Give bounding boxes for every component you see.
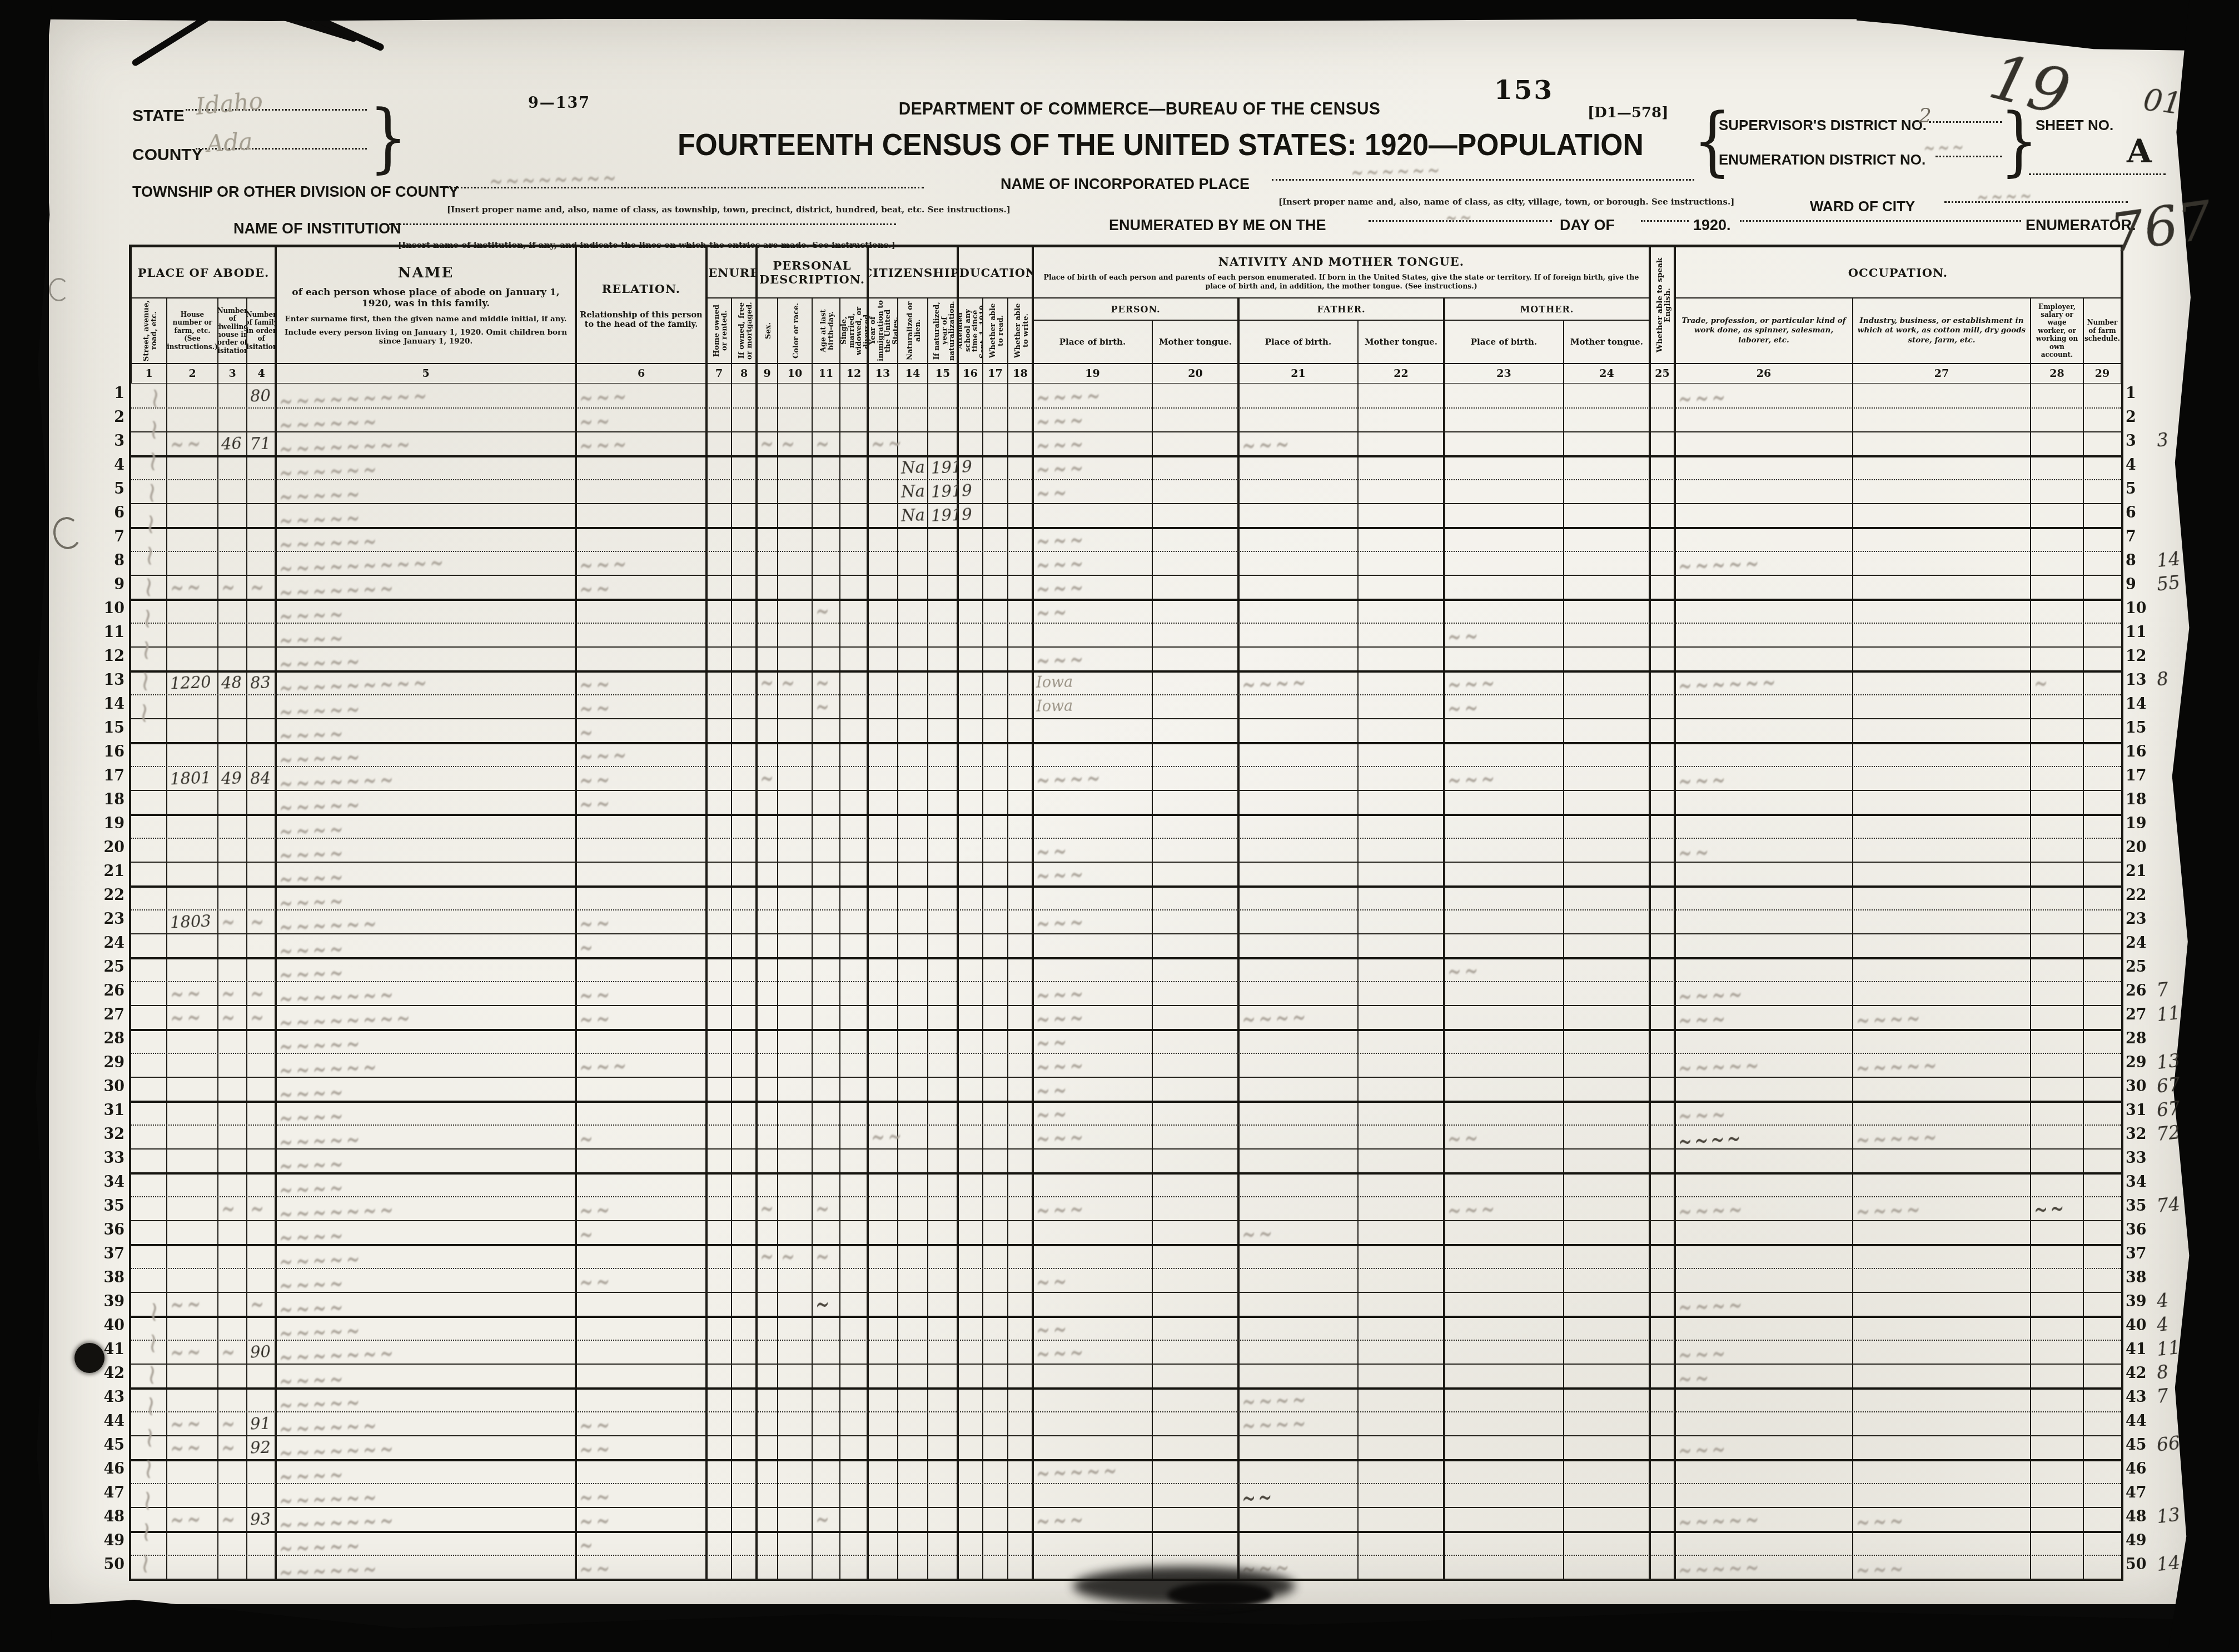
punch-hole [74,1343,105,1373]
row-number: 7 [93,525,125,549]
scan-edge-bottom [0,1600,2239,1652]
row-number: 46 [93,1457,125,1481]
supervisors-district-label: Supervisor's District No. [1719,117,1927,134]
row-number: 27 [93,1003,125,1027]
handwritten-entry: 91 [250,1414,275,1434]
row-number: 43 [93,1385,125,1409]
handwritten-entry: ~ [221,1191,246,1227]
column-number: 4 [247,364,276,384]
handwritten-entry: ~~ [579,998,706,1038]
handwritten-entry: 83 [250,673,275,693]
row-number: 3 [2126,429,2159,453]
row-number: 38 [2126,1266,2159,1290]
handwritten-entry: ~~ [1242,1213,1357,1252]
handwritten-entry: ~~~~~ [1678,543,1852,584]
column-desc: Whether able to speak English. [1650,247,1675,364]
handwritten-entry: ~~~~ [1242,1404,1357,1444]
row-number: 16 [93,740,125,764]
row-number: 15 [2126,716,2159,740]
row-number: 14 [2126,692,2159,716]
handwritten-entry: ~~ [1036,472,1152,511]
handwritten-entry: ~~~ [1036,1332,1152,1372]
row-number: 40 [2126,1313,2159,1337]
supervisors-district-value: 2 [1919,105,1932,127]
column-number: 10 [778,364,812,384]
row-number: 1 [2126,381,2159,405]
handwritten-entry: ~~ [170,1429,217,1466]
ward-label: Ward of city [1810,198,1915,215]
row-number: 27 [2126,1003,2159,1027]
column-number: 17 [983,364,1008,384]
row-number: 35 [2126,1194,2159,1218]
margin-tally-mark: 7 [2156,1385,2170,1407]
handwritten-entry: ~ [815,1287,839,1322]
handwritten-entry: ~ [781,426,812,462]
row-number: 48 [93,1505,125,1529]
column-desc: Mother tongue. [1564,320,1650,364]
paper-mark-c [49,278,69,301]
row-number: 10 [93,596,125,620]
row-number: 30 [93,1074,125,1098]
row-number: 17 [2126,764,2159,788]
margin-tally-mark: 11 [2156,1336,2181,1360]
row-number: 15 [93,716,125,740]
column-desc: House number or farm, etc. (See instruct… [167,298,218,364]
row-number: 43 [2126,1385,2159,1409]
handwritten-entry: 48 [221,673,246,693]
row-number: 44 [93,1409,125,1433]
row-number: 32 [2126,1122,2159,1146]
margin-tally-mark: 11 [2156,1002,2181,1026]
column-number: 7 [706,364,732,384]
row-number: 14 [93,692,125,716]
row-number: 9 [2126,573,2159,596]
row-number: 6 [2126,501,2159,525]
margin-tally-mark: 13 [2156,1049,2181,1073]
handwritten-entry: ~ [815,593,839,629]
enumerated-line-2 [1641,220,1689,222]
column-desc: Year of immigration to the United States… [868,298,898,364]
handwritten-entry: ~~ [579,1547,706,1588]
column-desc: If owned, free or mortgaged. [732,298,757,364]
year-label: 1920. [1693,217,1731,234]
institution-line [389,223,896,225]
row-number: 26 [93,979,125,1003]
handwritten-entry: ~~ [170,1286,217,1322]
handwritten-entry: 1919 [931,457,957,477]
handwritten-entry: ~~~~ [1678,1188,1852,1230]
row-number: 30 [2126,1074,2159,1098]
group-header: OCCUPATION. [1675,247,2121,298]
row-number: 7 [2126,525,2159,549]
relation-column-header: RELATION.Relationship of this person to … [576,247,706,364]
column-number: 25 [1650,364,1675,384]
handwritten-entry: ~ [221,1430,246,1466]
handwritten-entry: ~~~ [1856,1546,2030,1588]
margin-tally-mark: 7 [2156,978,2170,1001]
handwritten-entry: ~~~~~ [1036,1452,1152,1491]
column-desc: Age at last birth-day. [812,298,840,364]
handwritten-entry: ~ [250,904,275,940]
column-number: 29 [2083,364,2121,384]
handwritten-entry: ~ [250,569,275,605]
column-desc: Color or race. [778,298,812,364]
handwritten-entry: ~ [579,1117,706,1157]
row-number: 24 [2126,931,2159,955]
township-label: Township or other division of county [132,183,459,201]
handwritten-entry: ~~ [1036,591,1152,631]
row-number: 50 [2126,1553,2159,1576]
nativity-group-header: NATIVITY AND MOTHER TONGUE.Place of birt… [1033,247,1650,298]
row-number: 35 [93,1194,125,1218]
grid-line [1443,298,1445,1579]
handwritten-entry: ~ [815,1501,839,1537]
row-number: 47 [2126,1481,2159,1505]
handwritten-entry: ~~~ [1678,758,1852,799]
row-number: 48 [2126,1505,2159,1529]
grid-line [1674,247,1676,1579]
row-number: 8 [2126,549,2159,573]
street-name-scrawl: ~~~~~~~~~~~ [130,379,166,725]
row-number: 45 [2126,1433,2159,1457]
row-number: 32 [93,1122,125,1146]
handwritten-entry: ~ [250,1286,275,1322]
row-number: 22 [93,883,125,907]
column-number: 13 [868,364,898,384]
grid-line [705,247,708,1579]
handwritten-entry: ~~~ [1242,424,1357,464]
column-number: 14 [898,364,928,384]
state-value-handwriting: Idaho [195,87,264,120]
row-number: 20 [93,835,125,859]
row-number: 29 [2126,1051,2159,1074]
row-number: 33 [93,1146,125,1170]
row-number: 9 [93,573,125,596]
row-number: 28 [2126,1027,2159,1051]
handwritten-entry: ~ [815,1191,839,1227]
column-number: 9 [757,364,778,384]
handwritten-entry: ~ [250,999,275,1036]
handwritten-entry: ~ [760,665,777,700]
row-number: 40 [93,1313,125,1337]
handwritten-entry: 90 [250,1342,275,1362]
column-desc: Street, avenue, road, etc. [131,298,167,364]
column-desc: Attended school any time since Sept. 1, … [958,298,983,364]
row-number: 47 [93,1481,125,1505]
column-desc: Home owned or rented. [706,298,732,364]
handwritten-entry: ~ [221,1334,246,1370]
corner-note-01: 01 [2141,82,2184,122]
column-desc: Industry, business, or establishment in … [1853,298,2031,364]
row-number: 49 [93,1529,125,1553]
column-number: 22 [1358,364,1444,384]
census-grid: PLACE OF ABODE.NAMEof each person whose … [129,245,2123,1581]
handwritten-entry: ~~ [170,1333,217,1370]
row-number: 22 [2126,883,2159,907]
row-number: 25 [2126,955,2159,979]
row-number: 5 [2126,477,2159,501]
street-name-scrawl: ~~~~~~~~~ [131,1292,165,1576]
margin-tally-mark: 14 [2156,1551,2181,1575]
handwritten-entry: ~ [221,569,246,605]
handwritten-entry: 80 [250,386,275,406]
row-number: 39 [2126,1290,2159,1313]
handwritten-entry: 1220 [170,673,217,693]
handwritten-entry: ~ [2034,664,2083,701]
handwritten-entry: ~~ [2033,1191,2082,1227]
handwritten-entry: ~ [815,689,839,725]
row-number: 31 [2126,1098,2159,1122]
handwritten-entry: ~~~~ [1242,998,1357,1037]
handwritten-entry: ~ [760,760,777,796]
row-number: 31 [93,1098,125,1122]
column-number: 18 [1008,364,1033,384]
column-desc: Sex. [757,298,778,364]
column-desc: If naturalized, year of naturalization. [928,298,958,364]
ward-line [1944,201,2128,203]
name-column-header: NAMEof each person whose place of abode … [276,247,576,364]
department-line: DEPARTMENT OF COMMERCE—BUREAU OF THE CEN… [809,99,1470,119]
row-number: 18 [93,788,125,812]
handwritten-entry: Na [900,457,927,477]
row-number: 8 [93,549,125,573]
margin-tally-mark: 8 [2156,1361,2170,1384]
sheet-letter: A [2127,132,2152,170]
handwritten-entry: ~~ [1241,1476,1357,1516]
row-number: 21 [2126,859,2159,883]
row-number: 16 [2126,740,2159,764]
row-number: 5 [93,477,125,501]
grid-line [575,247,577,1579]
handwritten-entry: ~ [781,665,812,701]
handwritten-entry: Na [900,481,927,501]
grid-line [1032,247,1034,1579]
row-number: 2 [93,405,125,429]
group-header: PLACE OF ABODE. [131,247,276,298]
grid-line [957,247,959,1579]
supervisors-district-line [1929,121,2002,123]
handwritten-entry: ~~ [1447,615,1563,655]
handwritten-entry: ~~~~~ [1856,1044,2030,1086]
handwritten-entry: ~ [815,1238,839,1275]
handwritten-entry: ~~~ [1036,854,1152,894]
institution-label: Name of Institution [233,220,401,237]
handwritten-entry: ~ [221,999,246,1036]
margin-tally-mark: 67 [2156,1073,2181,1097]
handwritten-entry: ~~ [1678,1355,1852,1397]
group-header: CITIZENSHIP. [868,247,958,298]
row-number: 18 [2126,788,2159,812]
handwritten-entry: ~~ [871,1119,897,1155]
handwritten-entry: ~~~ [1447,759,1563,798]
row-number: 21 [93,859,125,883]
handwritten-entry: Na [900,505,927,525]
handwritten-entry: ~~ [170,1501,217,1537]
row-number: 45 [93,1433,125,1457]
row-number: 23 [2126,907,2159,931]
column-number: 3 [218,364,247,384]
row-number: 13 [2126,668,2159,692]
column-desc: Place of birth. [1238,320,1358,364]
handwritten-entry: ~ [221,1501,246,1537]
handwritten-entry: 93 [250,1509,275,1529]
handwritten-entry: ~ [579,1213,706,1253]
row-number: 1 [93,381,125,405]
handwritten-entry: Iowa [1036,672,1152,691]
handwritten-entry: ~~~~ [1856,997,2030,1038]
row-number: 12 [93,644,125,668]
column-number: 15 [928,364,958,384]
row-number: 34 [2126,1170,2159,1194]
handwritten-entry: ~~~~~ [1678,1044,1852,1086]
handwritten-entry: ~ [760,1191,777,1226]
handwritten-entry: ~~~ [1447,1189,1563,1228]
handwritten-entry: ~~~~ [1856,1188,2030,1230]
handwritten-entry: ~ [579,926,706,966]
handwritten-entry: ~~~ [1036,1500,1152,1539]
handwritten-entry: ~~~~~ [1678,1546,1852,1588]
margin-tally-mark: 4 [2156,1289,2170,1312]
enumerated-day-scrawl: ~~ [1445,204,1474,233]
column-desc: Trade, profession, or particular kind of… [1675,298,1853,364]
row-number: 6 [93,501,125,525]
handwritten-entry: ~~ [579,1261,706,1301]
handwritten-entry: ~~~ [1678,997,1852,1038]
column-number: 21 [1238,364,1358,384]
row-number: 17 [93,764,125,788]
nativity-sub-header: FATHER. [1238,298,1444,320]
row-number: 20 [2126,835,2159,859]
handwritten-entry: ~~~ [1036,1117,1152,1157]
column-desc: Employer, salary or wage worker, or work… [2031,298,2083,364]
left-brace: } [369,94,407,181]
handwritten-entry: 71 [250,434,275,454]
row-number: 29 [93,1051,125,1074]
nativity-sub-header: PERSON. [1033,298,1238,320]
handwritten-entry: ~~ [871,426,897,462]
handwritten-entry: ~~~~~~ [1678,662,1852,704]
handwritten-entry: ~~~~~ [1678,1499,1852,1540]
handwritten-entry: ~~~~ [1242,663,1357,703]
column-number: 23 [1444,364,1564,384]
row-number: 4 [93,453,125,477]
row-number: 19 [93,812,125,835]
handwritten-entry: ~ [760,1238,777,1274]
margin-tally-mark: 67 [2156,1097,2181,1121]
handwritten-entry: ~ [221,904,246,940]
handwritten-entry: ~~ [1036,1261,1152,1300]
stamp-number: 153 [1494,75,1554,106]
column-desc: Whether able to read. [983,298,1008,364]
handwritten-entry: ~~ [579,568,706,608]
row-number: 34 [93,1170,125,1194]
column-number: 11 [812,364,840,384]
handwritten-entry: ~~ [579,783,706,823]
handwritten-entry: ~~~ [1036,1189,1152,1228]
page-title: FOURTEENTH CENSUS OF THE UNITED STATES: … [678,127,1618,162]
handwritten-entry: 46 [221,434,246,454]
scanned-census-sheet: 9—137 DEPARTMENT OF COMMERCE—BUREAU OF T… [0,0,2239,1652]
column-number: 28 [2031,364,2083,384]
row-number: 25 [93,955,125,979]
handwritten-entry: ~~~~ [1036,759,1152,798]
handwritten-entry: ~~~ [1036,902,1152,942]
column-desc: Whether able to write. [1008,298,1033,364]
doc-code: [D1—578] [1588,105,1669,121]
handwritten-entry: ~ [250,1191,275,1227]
row-number: 2 [2126,405,2159,429]
row-number: 39 [93,1290,125,1313]
row-number: 24 [93,931,125,955]
county-value-handwriting: Ada [206,128,253,157]
enumeration-district-label: Enumeration District No. [1719,151,1925,168]
handwritten-entry: 1803 [170,912,217,932]
handwritten-entry: ~~ [1447,1117,1563,1157]
column-number: 24 [1564,364,1650,384]
column-number: 27 [1853,364,2031,384]
grid-line [275,247,277,1579]
handwritten-entry: ~~ [170,569,217,605]
margin-tally-mark: 72 [2156,1121,2181,1145]
row-number: 44 [2126,1409,2159,1433]
column-desc: Naturalized or alien. [898,298,928,364]
margin-tally-mark: 55 [2156,571,2181,595]
handwritten-entry: ~~ [1447,950,1563,989]
handwritten-entry: ~~ [579,1428,706,1468]
incorporated-line [1272,179,1694,181]
incorporated-instruction: [Insert proper name and, also, name of c… [1278,197,1734,207]
row-number: 3 [93,429,125,453]
incorporated-value-scrawl: ~~~~~~ [1351,155,1442,188]
row-number: 19 [2126,812,2159,835]
row-number: 36 [93,1218,125,1242]
grid-line [867,247,869,1579]
column-number: 16 [958,364,983,384]
handwritten-entry: ~ [760,426,777,461]
row-number: 11 [2126,620,2159,644]
form-code: 9—137 [528,94,590,112]
group-header: EDUCATION. [958,247,1033,298]
row-number: 36 [2126,1218,2159,1242]
column-desc: Number of farm schedule. [2083,298,2121,364]
handwritten-entry: 84 [250,768,275,788]
row-number: 41 [2126,1337,2159,1361]
row-number: 38 [93,1266,125,1290]
group-header: TENURE. [706,247,757,298]
enumerated-label: Enumerated by me on the [1109,217,1326,234]
column-desc: Number of family in order of visitation. [247,298,276,364]
column-number: 12 [840,364,868,384]
row-number: 12 [2126,644,2159,668]
handwritten-entry: ~~~ [579,424,706,464]
ink-smudge [1167,1582,1273,1608]
column-desc: Single, married, widowed, or divorced. [840,298,868,364]
handwritten-entry: ~ [781,1238,812,1275]
column-number: 20 [1152,364,1238,384]
row-number: 23 [93,907,125,931]
row-number: 4 [2126,453,2159,477]
row-number: 50 [93,1553,125,1576]
enumerated-line-3 [1740,220,2021,222]
handwritten-entry: 1919 [931,505,957,525]
margin-tally-mark: 14 [2156,548,2181,571]
handwritten-entry: ~~ [1447,687,1563,727]
handwritten-entry: ~~ [170,999,217,1036]
right-open-brace: { [1693,98,1732,185]
row-number: 33 [2126,1146,2159,1170]
township-value-scrawl: ~~~~~~~~ [489,161,619,198]
handwritten-entry: ~~~ [1856,1499,2030,1540]
